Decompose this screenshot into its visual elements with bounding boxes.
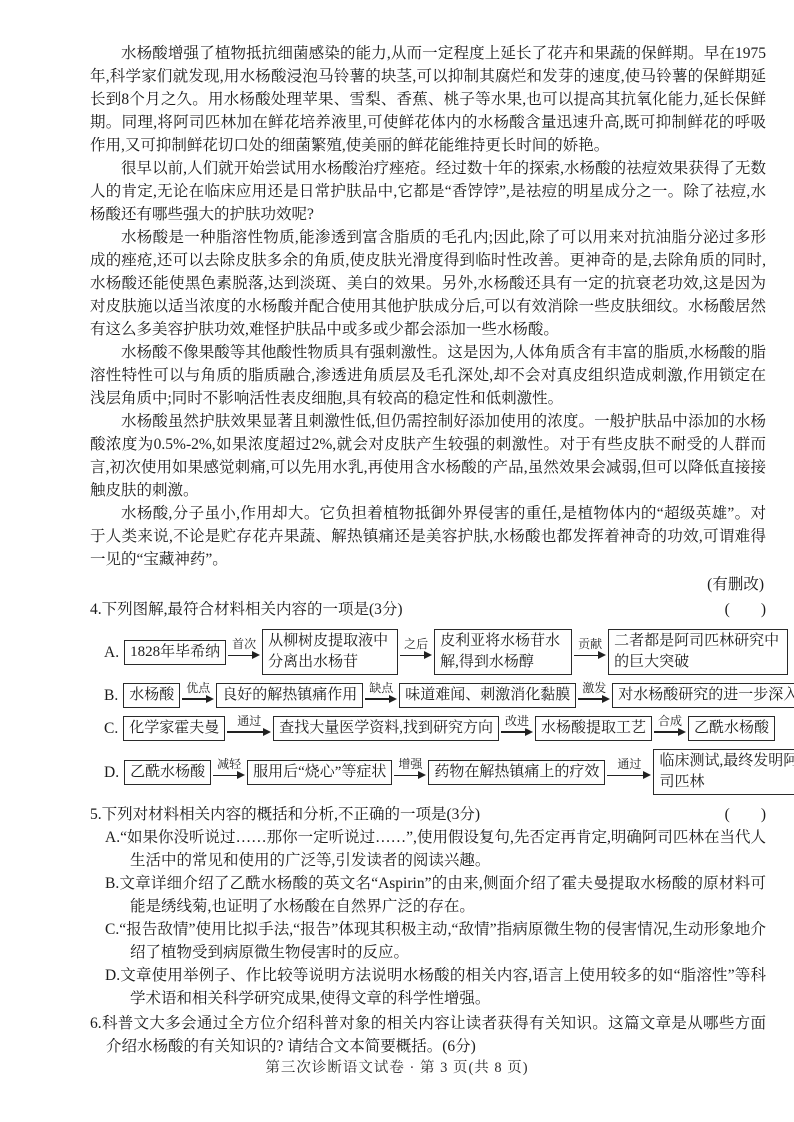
flow-arrow-label: 优点 — [186, 682, 210, 695]
right-arrow-icon — [227, 728, 271, 737]
flow-box: 化学家霍夫曼 — [123, 716, 225, 741]
q5-option-c: C.“报告敌情”使用比拟手法,“报告”体现其积极主动,“敌情”指病原微生物的侵害… — [130, 918, 766, 964]
flow-arrow-label: 合成 — [658, 715, 682, 728]
q4-option-d-flowchart: D. 乙酰水杨酸 减轻 服用后“烧心”等症状 增强 药物在解热镇痛上的疗效 通过… — [90, 749, 766, 795]
q5-option-d: D.文章使用举例子、作比较等说明方法说明水杨酸的相关内容,语言上使用较多的如“脂… — [130, 964, 766, 1010]
q4-option-a-flowchart: A. 1828年毕希纳 首次 从柳树皮提取液中分离出水杨苷 之后 皮利亚将水杨苷… — [90, 629, 766, 675]
flow-arrow-label: 减轻 — [217, 758, 241, 771]
question-4-stem: 4.下列图解,最符合材料相关内容的一项是(3分) — [90, 598, 403, 621]
flow-arrow-label: 贡献 — [578, 638, 602, 651]
flow-box: 服用后“烧心”等症状 — [247, 760, 392, 785]
flow-arrow: 通过 — [607, 758, 651, 780]
q5-option-a: A.“如果你没听说过……那你一定听说过……”,使用假设复句,先否定再肯定,明确阿… — [130, 826, 766, 872]
passage-paragraph: 水杨酸是一种脂溶性物质,能渗透到富含脂质的毛孔内;因此,除了可以用来对抗油脂分泌… — [90, 226, 766, 341]
flow-box: 药物在解热镇痛上的疗效 — [428, 760, 605, 785]
passage-paragraph: 水杨酸不像果酸等其他酸性物质具有强刺激性。这是因为,人体角质含有丰富的脂质,水杨… — [90, 341, 766, 410]
right-arrow-icon — [400, 651, 432, 660]
right-arrow-icon — [501, 728, 533, 737]
flow-box: 从柳树皮提取液中分离出水杨苷 — [262, 629, 398, 675]
option-letter: C. — [104, 717, 118, 740]
question-4-stem-line: 4.下列图解,最符合材料相关内容的一项是(3分) ( ) — [90, 598, 766, 621]
right-arrow-icon — [182, 695, 214, 704]
flow-arrow-label: 缺点 — [369, 682, 393, 695]
flow-arrow-label: 增强 — [398, 758, 422, 771]
exam-paper-page: 水杨酸增强了植物抵抗细菌感染的能力,从而一定程度上延长了花卉和果蔬的保鲜期。早在… — [0, 0, 794, 1122]
q5-option-b: B.文章详细介绍了乙酰水杨酸的英文名“Aspirin”的由来,侧面介绍了霍夫曼提… — [130, 872, 766, 918]
flow-box: 味道难闻、刺激消化黏膜 — [399, 683, 576, 708]
flow-box: 临床测试,最终发明阿司匹林 — [653, 749, 794, 795]
option-letter: A. — [104, 641, 119, 664]
right-arrow-icon — [213, 771, 245, 780]
right-arrow-icon — [365, 695, 397, 704]
flow-arrow: 减轻 — [213, 758, 245, 780]
right-arrow-icon — [578, 695, 610, 704]
right-arrow-icon — [607, 771, 651, 780]
flow-arrow: 贡献 — [574, 638, 606, 660]
option-letter: D. — [104, 761, 119, 784]
flow-box: 乙酰水杨酸 — [124, 760, 211, 785]
flow-arrow-label: 通过 — [617, 758, 641, 771]
flow-arrow-label: 激发 — [582, 682, 606, 695]
option-letter: D. — [105, 967, 120, 984]
flow-arrow: 之后 — [400, 638, 432, 660]
option-letter: A. — [105, 829, 120, 846]
flow-arrow: 增强 — [394, 758, 426, 780]
flow-arrow-label: 改进 — [505, 715, 529, 728]
flow-arrow-label: 通过 — [237, 715, 261, 728]
right-arrow-icon — [228, 651, 260, 660]
flow-arrow: 通过 — [227, 715, 271, 737]
flow-box: 水杨酸 — [123, 683, 180, 708]
page-content: 水杨酸增强了植物抵抗细菌感染的能力,从而一定程度上延长了花卉和果蔬的保鲜期。早在… — [90, 42, 766, 1058]
flow-box: 皮利亚将水杨苷水解,得到水杨醇 — [434, 629, 572, 675]
option-letter: B. — [105, 875, 119, 892]
flow-arrow-label: 之后 — [404, 638, 428, 651]
option-text: 文章使用举例子、作比较等说明方法说明水杨酸的相关内容,语言上使用较多的如“脂溶性… — [120, 967, 766, 1007]
flow-box: 乙酰水杨酸 — [688, 716, 775, 741]
option-text: 文章详细介绍了乙酰水杨酸的英文名“Aspirin”的由来,侧面介绍了霍夫曼提取水… — [119, 875, 766, 915]
flow-box: 水杨酸提取工艺 — [535, 716, 652, 741]
flow-arrow: 激发 — [578, 682, 610, 704]
question-6-stem: 6.科普文大多会通过全方位介绍科普对象的相关内容让读者获得有关知识。这篇文章是从… — [106, 1012, 766, 1058]
flow-box: 对水杨酸研究的进一步深入 — [612, 683, 794, 708]
passage-paragraph: 很早以前,人们就开始尝试用水杨酸治疗痤疮。经过数十年的探索,水杨酸的祛痘效果获得… — [90, 157, 766, 226]
flow-box: 二者都是阿司匹林研究中的巨大突破 — [608, 629, 788, 675]
passage-paragraph: 水杨酸,分子虽小,作用却大。它负担着植物抵御外界侵害的重任,是植物体内的“超级英… — [90, 502, 766, 571]
question-5-stem: 5.下列对材料相关内容的概括和分析,不正确的一项是(3分) — [90, 803, 480, 826]
passage-paragraph: 水杨酸增强了植物抵抗细菌感染的能力,从而一定程度上延长了花卉和果蔬的保鲜期。早在… — [90, 42, 766, 157]
option-letter: C. — [105, 921, 119, 938]
passage-attribution: (有删改) — [90, 573, 766, 596]
question-5-stem-line: 5.下列对材料相关内容的概括和分析,不正确的一项是(3分) ( ) — [90, 803, 766, 826]
passage-paragraph: 水杨酸虽然护肤效果显著且刺激性低,但仍需控制好添加使用的浓度。一般护肤品中添加的… — [90, 410, 766, 502]
q4-option-b-flowchart: B. 水杨酸 优点 良好的解热镇痛作用 缺点 味道难闻、刺激消化黏膜 激发 对水… — [90, 683, 766, 708]
option-text: “如果你没听说过……那你一定听说过……”,使用假设复句,先否定再肯定,明确阿司匹… — [120, 829, 766, 869]
right-arrow-icon — [574, 651, 606, 660]
option-text: “报告敌情”使用比拟手法,“报告”体现其积极主动,“敌情”指病原微生物的侵害情况… — [119, 921, 766, 961]
right-arrow-icon — [394, 771, 426, 780]
option-letter: B. — [104, 684, 118, 707]
flow-arrow-label: 首次 — [232, 638, 256, 651]
right-arrow-icon — [654, 728, 686, 737]
flow-arrow: 合成 — [654, 715, 686, 737]
answer-bracket: ( ) — [725, 803, 766, 826]
answer-bracket: ( ) — [725, 598, 766, 621]
flow-box: 良好的解热镇痛作用 — [216, 683, 363, 708]
flow-arrow: 改进 — [501, 715, 533, 737]
flow-arrow: 优点 — [182, 682, 214, 704]
q4-option-c-flowchart: C. 化学家霍夫曼 通过 查找大量医学资料,找到研究方向 改进 水杨酸提取工艺 … — [90, 716, 766, 741]
flow-box: 1828年毕希纳 — [124, 640, 226, 665]
flow-arrow: 缺点 — [365, 682, 397, 704]
flow-arrow: 首次 — [228, 638, 260, 660]
page-footer: 第三次诊断语文试卷 · 第 3 页(共 8 页) — [0, 1056, 794, 1077]
flow-box: 查找大量医学资料,找到研究方向 — [273, 716, 499, 741]
